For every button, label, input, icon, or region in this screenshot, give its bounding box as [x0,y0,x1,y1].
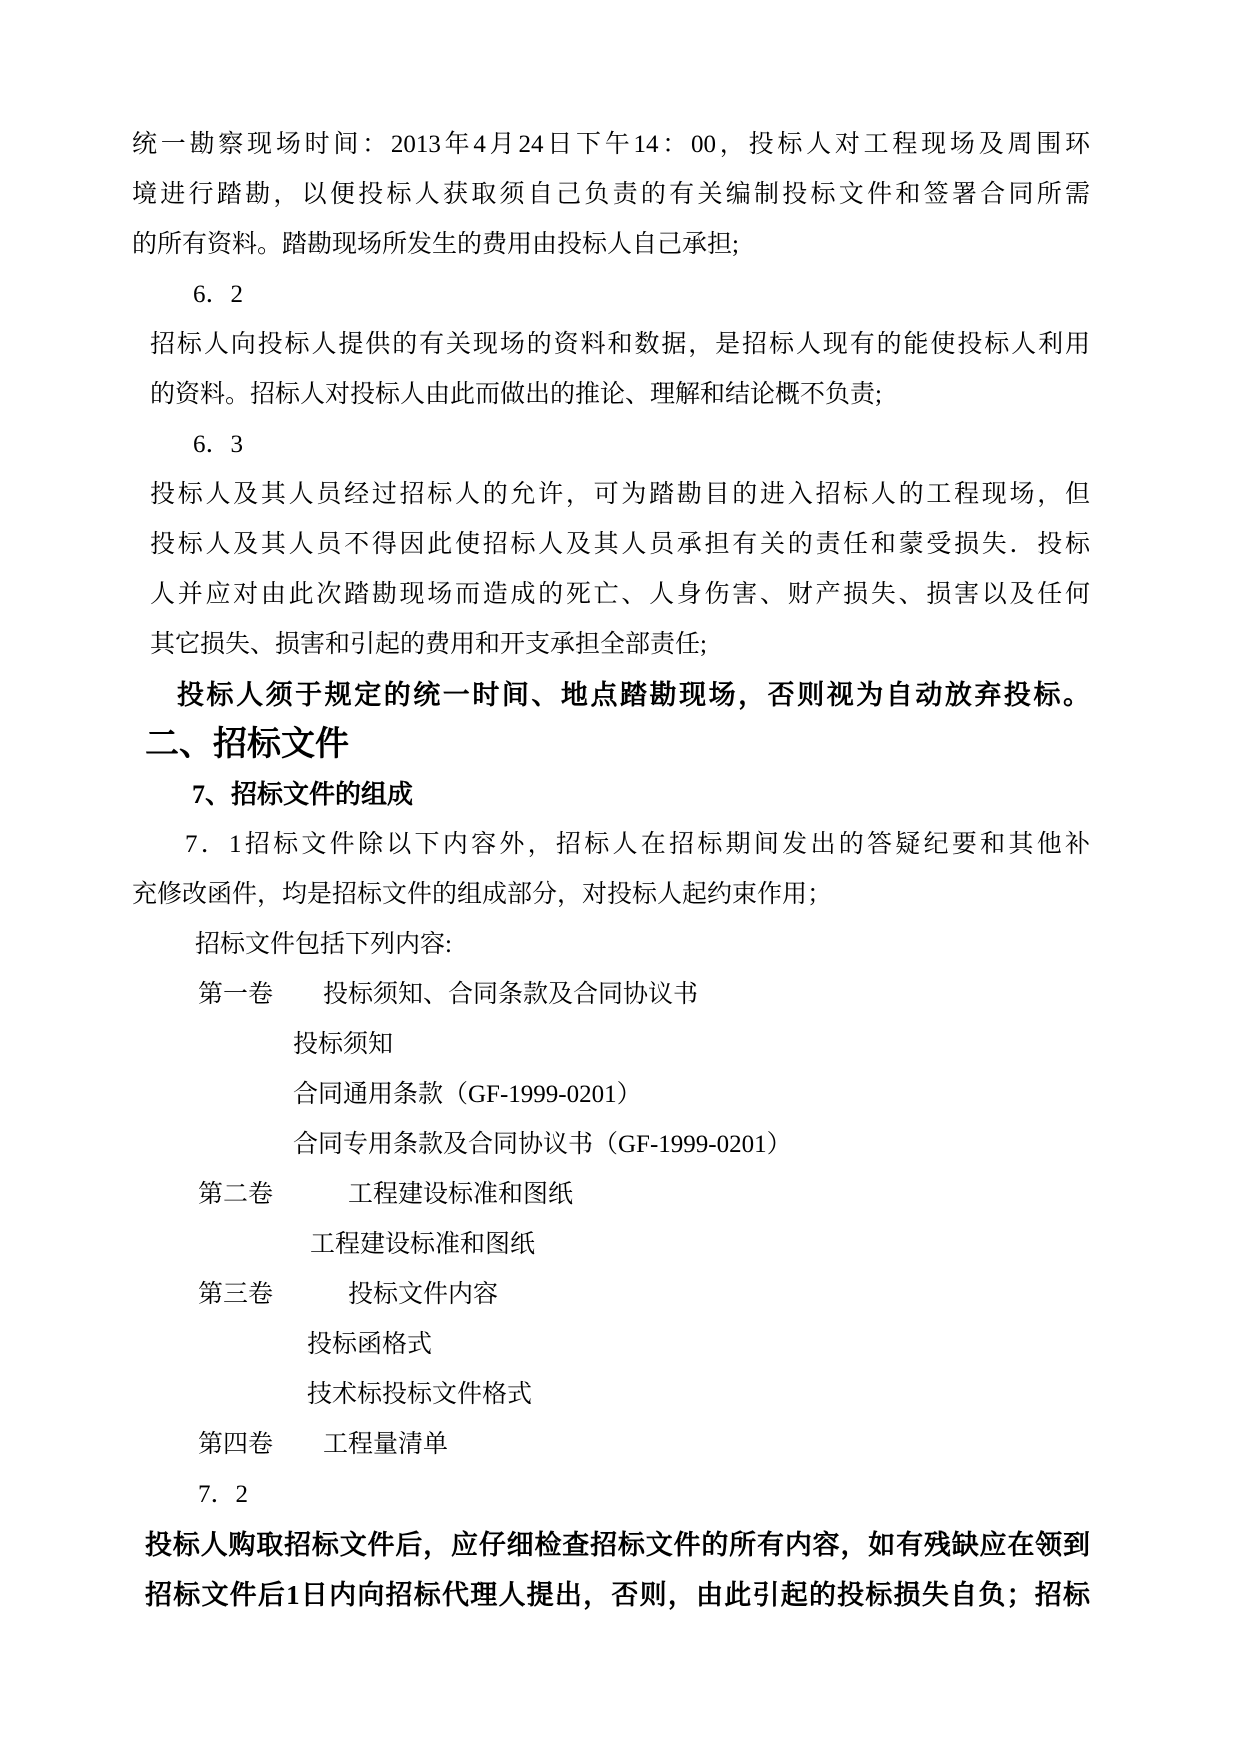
notice-line: 投标人须于规定的统一时间、地点踏勘现场，否则视为自动放弃投标。 [177,670,1090,720]
clause-number: 6．3 [193,420,1241,470]
clause-number: 6．2 [193,270,1241,320]
paragraph-line: 7．1招标文件除以下内容外，招标人在招标期间发出的答疑纪要和其他补 [185,820,1090,870]
paragraph-line: 的所有资料。踏勘现场所发生的费用由投标人自己承担; [132,220,1241,270]
notice-line: 投标人购取招标文件后，应仔细检查招标文件的所有内容，如有残缺应在领到 [145,1520,1090,1570]
paragraph-line: 的资料。招标人对投标人由此而做出的推论、理解和结论概不负责; [150,370,1241,420]
section-heading: 二、招标文件 [145,720,1241,770]
clause-number: 7．2 [198,1470,1241,1520]
paragraph-line: 境进行踏勘，以便投标人获取须自己负责的有关编制投标文件和签署合同所需 [132,170,1090,220]
volume-item: 第四卷 工程量清单 [198,1420,1241,1470]
paragraph-line: 统一勘察现场时间：2013年4月24日下午14：00，投标人对工程现场及周围环 [132,120,1090,170]
volume-sub-item: 合同专用条款及合同协议书（GF-1999-0201） [293,1120,1241,1170]
volume-item: 第一卷 投标须知、合同条款及合同协议书 [198,970,1241,1020]
volume-sub-item: 合同通用条款（GF-1999-0201） [293,1070,1241,1120]
paragraph-line: 人并应对由此次踏勘现场而造成的死亡、人身伤害、财产损失、损害以及任何 [150,570,1090,620]
volume-item: 第二卷 工程建设标准和图纸 [198,1170,1241,1220]
document-page: 统一勘察现场时间：2013年4月24日下午14：00，投标人对工程现场及周围环境… [0,0,1241,1755]
volume-sub-item: 投标须知 [293,1020,1241,1070]
paragraph-line: 其它损失、损害和引起的费用和开支承担全部责任; [150,620,1241,670]
paragraph-line: 招标人向投标人提供的有关现场的资料和数据，是招标人现有的能使投标人利用 [150,320,1090,370]
volume-sub-item: 技术标投标文件格式 [307,1370,1241,1420]
volume-sub-item: 投标函格式 [307,1320,1241,1370]
paragraph-line: 投标人及其人员经过招标人的允许，可为踏勘目的进入招标人的工程现场，但 [150,470,1090,520]
volume-sub-item: 工程建设标准和图纸 [310,1220,1241,1270]
volume-item: 第三卷 投标文件内容 [198,1270,1241,1320]
paragraph-line: 充修改函件，均是招标文件的组成部分，对投标人起约束作用； [132,870,1241,920]
notice-line: 招标文件后1日内向招标代理人提出，否则，由此引起的投标损失自负；招标 [145,1570,1090,1620]
subsection-heading: 7、招标文件的组成 [192,770,1241,820]
paragraph-line: 招标文件包括下列内容: [195,920,1241,970]
paragraph-line: 投标人及其人员不得因此使招标人及其人员承担有关的责任和蒙受损失．投标 [150,520,1090,570]
document-body: 统一勘察现场时间：2013年4月24日下午14：00，投标人对工程现场及周围环境… [0,120,1241,1620]
